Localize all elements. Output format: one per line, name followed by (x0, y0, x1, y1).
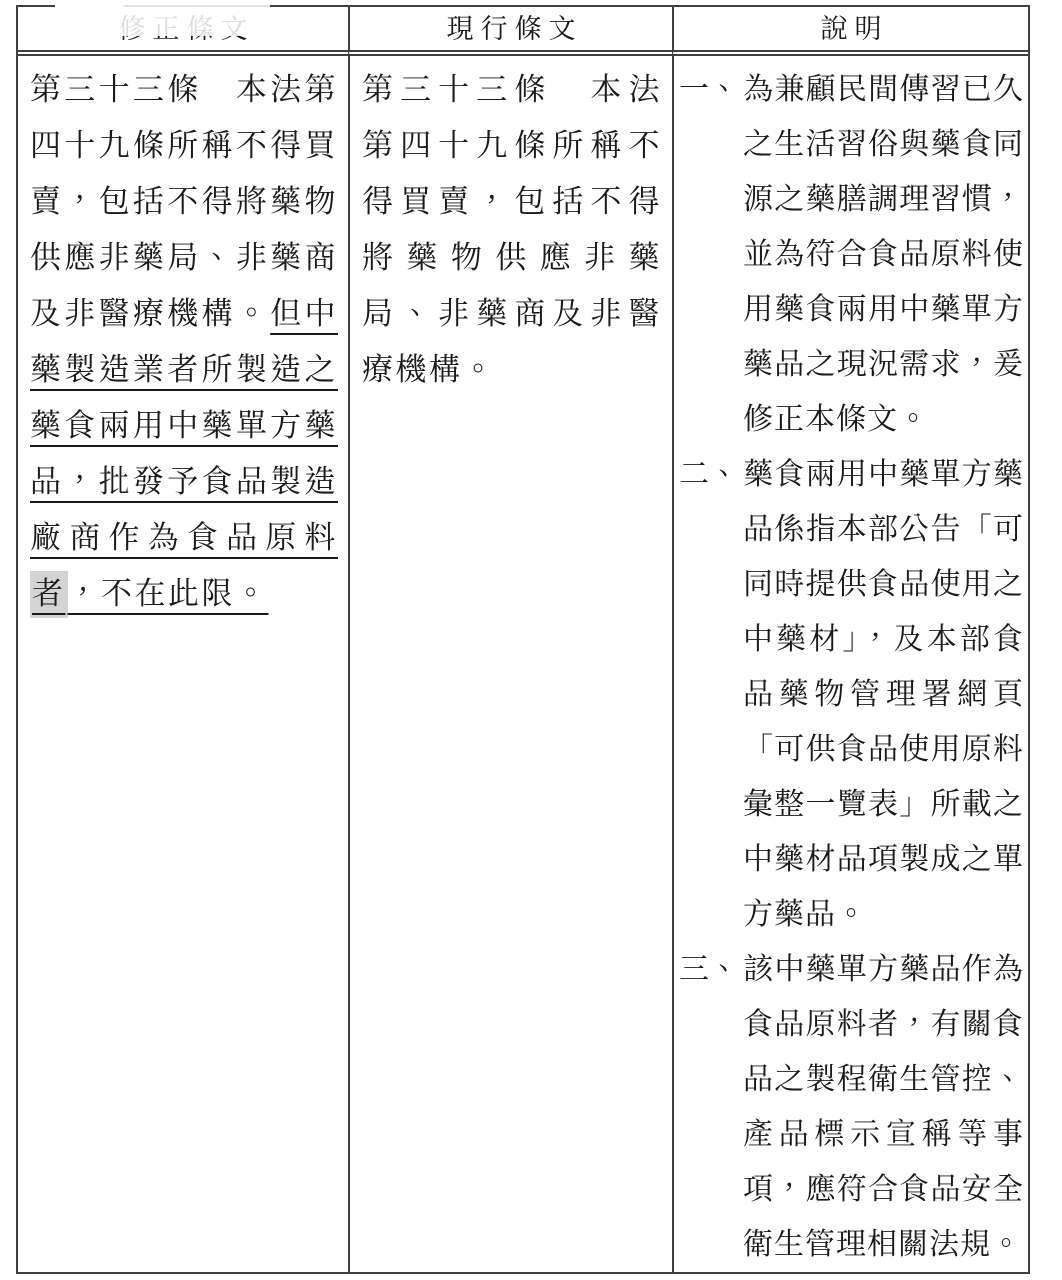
explanation-item: 三、該中藥單方藥品作為食品原料者，有關食品之製程衛生管控、產品標示宣稱等事項，應… (679, 942, 1024, 1272)
cell-explanation: 一、為兼顧民間傳習已久之生活習俗與藥食同源之藥膳調理習慣，並為符合食品原料使用藥… (672, 56, 1028, 1272)
header-explanation: 說明 (672, 7, 1028, 56)
explanation-item-text: 藥食兩用中藥單方藥品係指本部公告「可同時提供食品使用之中藥材」，及本部食品藥物管… (743, 457, 1024, 932)
explanation-item-text: 該中藥單方藥品作為食品原料者，有關食品之製程衛生管控、產品標示宣稱等事項，應符合… (743, 952, 1024, 1262)
cell-amended-provision: 第三十三條 本法第四十九條所稱不得買賣，包括不得將藥物供應非藥局、非藥商及非醫療… (18, 56, 348, 1272)
explanation-item: 一、為兼顧民間傳習已久之生活習俗與藥食同源之藥膳調理習慣，並為符合食品原料使用藥… (679, 62, 1024, 447)
amended-provision-text: 第三十三條 本法第四十九條所稱不得買賣，包括不得將藥物供應非藥局、非藥商及非醫療… (30, 62, 338, 622)
header-current-provision: 現行條文 (348, 7, 672, 56)
explanation-item-number: 一、 (679, 62, 743, 117)
explanation-list: 一、為兼顧民間傳習已久之生活習俗與藥食同源之藥膳調理習慣，並為符合食品原料使用藥… (679, 62, 1024, 1272)
explanation-item-text: 為兼顧民間傳習已久之生活習俗與藥食同源之藥膳調理習慣，並為符合食品原料使用藥食兩… (743, 72, 1024, 437)
amended-highlighted-char: 者 (30, 571, 68, 618)
explanation-item: 二、藥食兩用中藥單方藥品係指本部公告「可同時提供食品使用之中藥材」，及本部食品藥… (679, 447, 1024, 942)
amended-underlined-segment: 但中藥製造業者所製造之藥食兩用中藥單方藥品，批發予食品製造廠商作為食品原料 (30, 296, 338, 556)
amended-underlined-segment: ，不在此限。 (68, 576, 269, 612)
table-row: 第三十三條 本法第四十九條所稱不得買賣，包括不得將藥物供應非藥局、非藥商及非醫療… (18, 56, 1028, 1272)
current-provision-text: 第三十三條 本法第四十九條所稱不得買賣，包括不得將藥物供應非藥局、非藥商及非醫療… (362, 62, 662, 398)
document-page: 修正條文 現行條文 說明 第三十三條 本法第四十九條所稱不得買賣，包括不得將藥物… (0, 0, 1062, 1280)
amendment-comparison-table: 修正條文 現行條文 說明 第三十三條 本法第四十九條所稱不得買賣，包括不得將藥物… (16, 5, 1030, 1274)
scan-artifact (55, 0, 123, 17)
cell-current-provision: 第三十三條 本法第四十九條所稱不得買賣，包括不得將藥物供應非藥局、非藥商及非醫療… (348, 56, 672, 1272)
amended-plain-segment: 第三十三條 本法第四十九條所稱不得買賣，包括不得將藥物供應非藥局、非藥商及非醫療… (30, 72, 338, 332)
explanation-item-number: 二、 (679, 447, 743, 502)
explanation-item-number: 三、 (679, 942, 743, 997)
